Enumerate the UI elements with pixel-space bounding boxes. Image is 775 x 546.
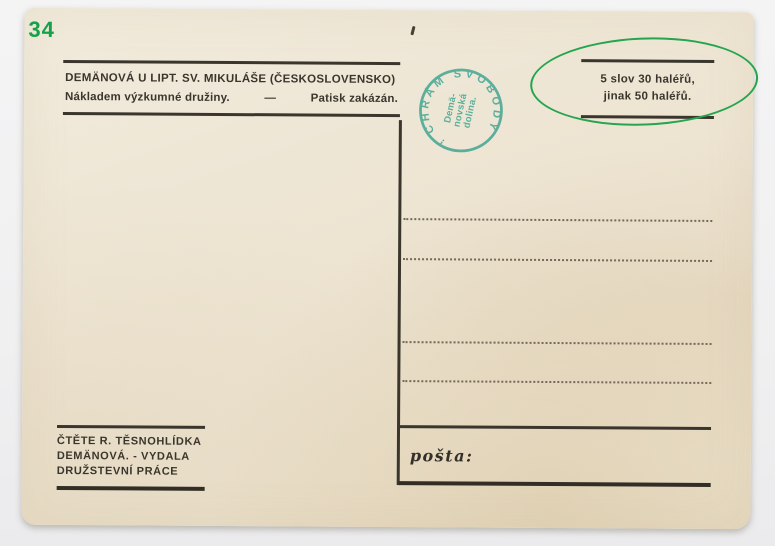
reprint-forbidden-note: Patisk zakázán. bbox=[311, 93, 398, 106]
postcard: 34 DEMÄNOVÁ U LIPT. SV. MIKULÁŠE (ČESKOS… bbox=[21, 8, 753, 529]
posta-label: pošta: bbox=[410, 446, 474, 465]
publisher-subline: Nákladem výzkumné družiny. — Patisk zaká… bbox=[65, 91, 398, 105]
credit-line-1: ČTĚTE R. TĚSNOHLÍDKA bbox=[57, 434, 205, 450]
publisher-dash: — bbox=[264, 92, 276, 104]
chram-svobody-stamp: ! CHRÁM SVOBODY Demä- novská dolina. bbox=[413, 63, 509, 159]
publisher-note: Nákladem výzkumné družiny. bbox=[65, 91, 230, 104]
postcard-title: DEMÄNOVÁ U LIPT. SV. MIKULÁŠE (ČESKOSLOV… bbox=[65, 72, 398, 86]
highlight-ellipse-annotation bbox=[529, 33, 760, 129]
printing-speck bbox=[410, 26, 415, 35]
scan-background: { "page": { "background_color": "#f1f1f2… bbox=[0, 0, 775, 546]
address-dotted-line-3 bbox=[403, 341, 712, 345]
address-dotted-line-2 bbox=[403, 258, 712, 262]
credit-line-2: DEMÄNOVÁ. - VYDALA bbox=[57, 449, 205, 465]
address-dotted-line-1 bbox=[403, 218, 712, 222]
credit-line-3: DRUŽSTEVNÍ PRÁCE bbox=[57, 464, 205, 480]
address-dotted-line-4 bbox=[402, 380, 711, 384]
credit-box: ČTĚTE R. TĚSNOHLÍDKA DEMÄNOVÁ. - VYDALA … bbox=[57, 425, 205, 491]
publisher-imprint-box: DEMÄNOVÁ U LIPT. SV. MIKULÁŠE (ČESKOSLOV… bbox=[63, 60, 400, 117]
posta-box: pošta: bbox=[399, 425, 711, 487]
catalog-number: 34 bbox=[28, 17, 55, 43]
